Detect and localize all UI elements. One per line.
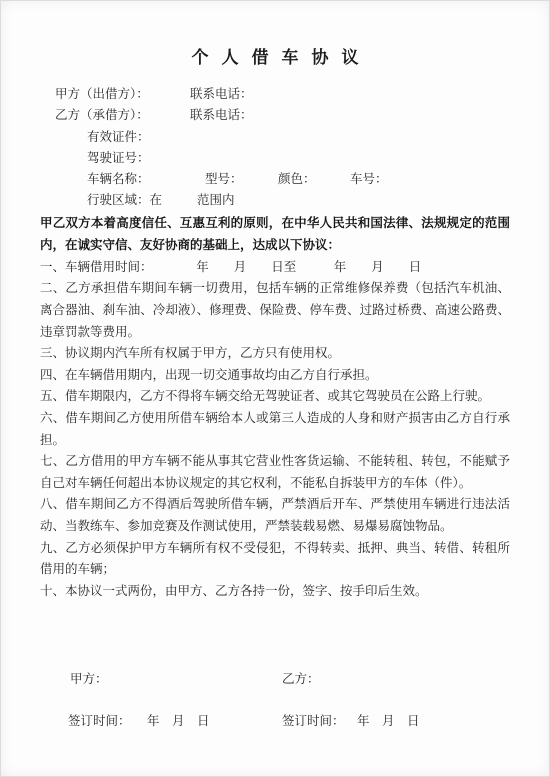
clause-5: 五、借车期限内，乙方不得将车辆交给无驾驶证者、或其它驾驶员在公路上行驶。	[40, 386, 510, 408]
clause-10: 十、本协议一式两份，由甲方、乙方各持一份，签字、按手印后生效。	[40, 581, 510, 603]
party-b-label: 乙方（承借方）：	[55, 105, 149, 126]
clause-8: 八、借车期间乙方不得酒后驾驶所借车辆，严禁酒后开车、严禁使用车辆进行违法活动、当…	[40, 494, 510, 537]
plate-label: 车号：	[350, 169, 388, 190]
party-b-row: 乙方（承借方）： 联系电话：	[40, 105, 510, 126]
sign-date-a-label: 签订时间：	[68, 710, 131, 732]
driving-area-row: 行驶区域：在 范围内	[40, 190, 510, 211]
signature-party-a-label: 甲方：	[70, 668, 108, 690]
sign-date-b-blank: 年 月 日	[357, 710, 420, 732]
party-info-section: 甲方（出借方）： 联系电话： 乙方（承借方）： 联系电话： 有效证件： 驾驶证号…	[40, 84, 510, 212]
sign-date-b-label: 签订时间：	[282, 710, 345, 732]
party-a-phone-label: 联系电话：	[190, 84, 253, 105]
valid-id-label: 有效证件：	[87, 127, 150, 148]
signature-party-b-label: 乙方：	[282, 668, 320, 690]
clause-9: 九、乙方必须保护甲方车辆所有权不受侵犯，不得转卖、抵押、典当、转借、转租所借用的…	[40, 538, 510, 581]
color-label: 颜色：	[278, 169, 316, 190]
clause-3: 三、协议期内汽车所有权属于甲方，乙方只有使用权。	[40, 343, 510, 365]
sign-date-a-blank: 年 月 日	[147, 710, 210, 732]
signature-row: 甲方： 乙方：	[40, 668, 510, 690]
sign-date-row: 签订时间： 年 月 日 签订时间： 年 月 日	[40, 710, 510, 732]
model-label: 型号：	[205, 169, 243, 190]
clause-4: 四、在车辆借用期内，出现一切交通事故均由乙方自行承担。	[40, 365, 510, 387]
clause-7: 七、乙方借用的甲方车辆不能从事其它营业性客货运输、不能转租、转包，不能赋予自己对…	[40, 451, 510, 494]
document-content: 个人借车协议 甲方（出借方）： 联系电话： 乙方（承借方）： 联系电话： 有效证…	[0, 0, 550, 777]
valid-id-row: 有效证件：	[40, 127, 510, 148]
clause-6: 六、借车期间乙方使用所借车辆给本人或第三人造成的人身和财产损害由乙方自行承担。	[40, 408, 510, 451]
clause-1: 一、车辆借用时间： 年 月 日至 年 月 日	[40, 257, 510, 279]
vehicle-name-label: 车辆名称：	[87, 169, 150, 190]
party-b-phone-label: 联系电话：	[190, 105, 253, 126]
document-title: 个人借车协议	[40, 48, 510, 68]
vehicle-info-row: 车辆名称： 型号： 颜色： 车号：	[40, 169, 510, 190]
driving-area-prefix: 行驶区域：在	[87, 190, 162, 211]
driving-area-suffix: 范围内	[197, 190, 235, 211]
party-a-label: 甲方（出借方）：	[55, 84, 149, 105]
party-a-row: 甲方（出借方）： 联系电话：	[40, 84, 510, 105]
driver-license-row: 驾驶证号：	[40, 148, 510, 169]
clause-2: 二、乙方承担借车期间车辆一切费用，包括车辆的正常维修保养费（包括汽车机油、离合器…	[40, 278, 510, 343]
clause-list: 一、车辆借用时间： 年 月 日至 年 月 日 二、乙方承担借车期间车辆一切费用，…	[40, 257, 510, 603]
driver-license-label: 驾驶证号：	[87, 148, 150, 169]
scanned-document-page: 个人借车协议 甲方（出借方）： 联系电话： 乙方（承借方）： 联系电话： 有效证…	[0, 0, 550, 777]
preamble: 甲乙双方本着高度信任、互惠互利的原则，在中华人民共和国法律、法规规定的范围内，在…	[40, 212, 510, 257]
